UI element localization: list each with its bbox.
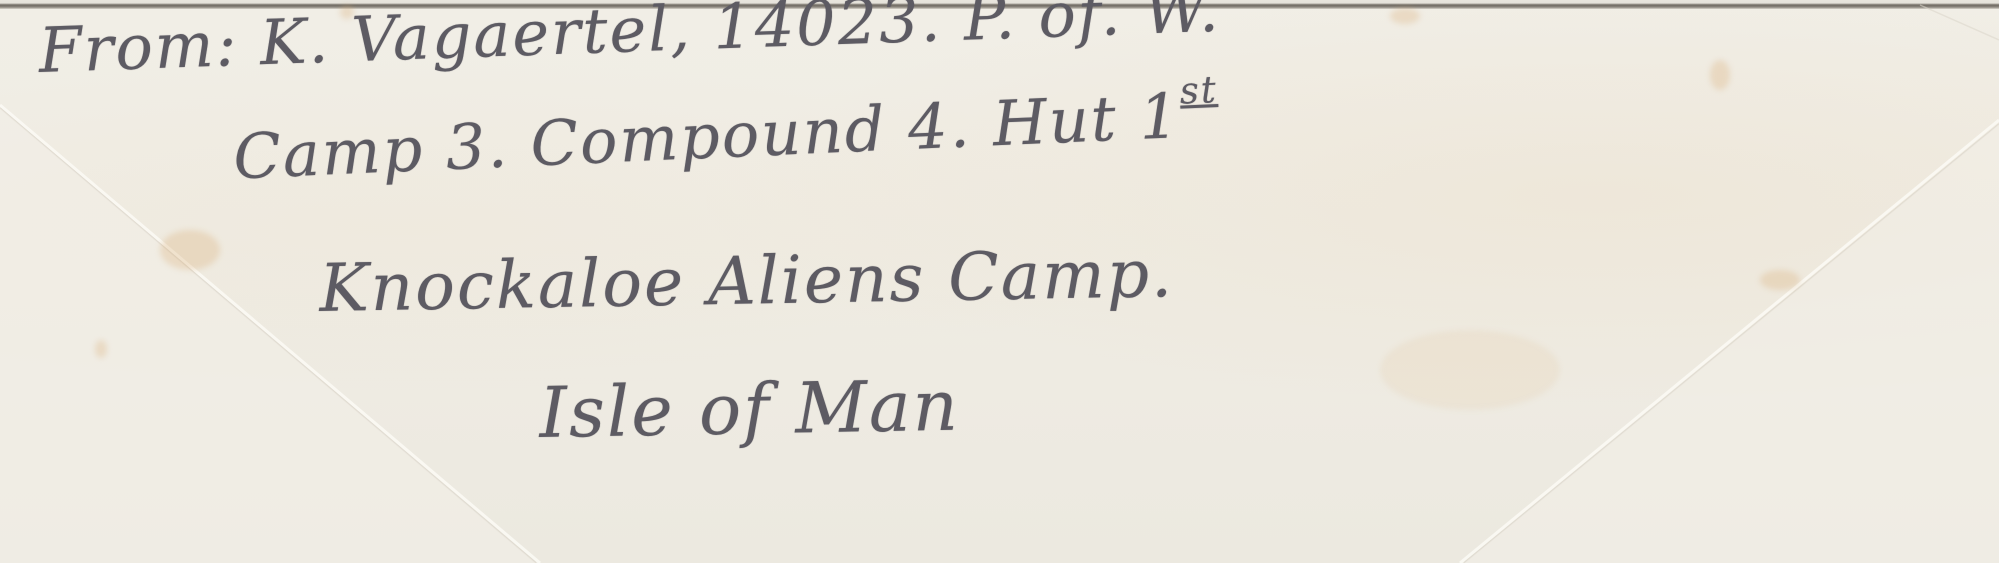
foxing-stain xyxy=(95,340,107,358)
foxing-stain xyxy=(1760,270,1800,290)
foxing-stain xyxy=(1390,8,1420,24)
camp-name-text: Knockaloe Aliens Camp. xyxy=(319,235,1175,327)
camp-name-line: Knockaloe Aliens Camp. xyxy=(319,235,1175,327)
envelope-back: From: K. Vagaertel, 14023. P. of. W. Cam… xyxy=(0,0,1999,563)
foxing-stain xyxy=(160,230,220,270)
ordinal-suffix: st xyxy=(1179,67,1219,113)
foxing-stain xyxy=(1380,330,1560,410)
location-text: Isle of Man xyxy=(539,365,961,454)
foxing-stain xyxy=(1710,60,1730,90)
location-line: Isle of Man xyxy=(539,365,961,454)
